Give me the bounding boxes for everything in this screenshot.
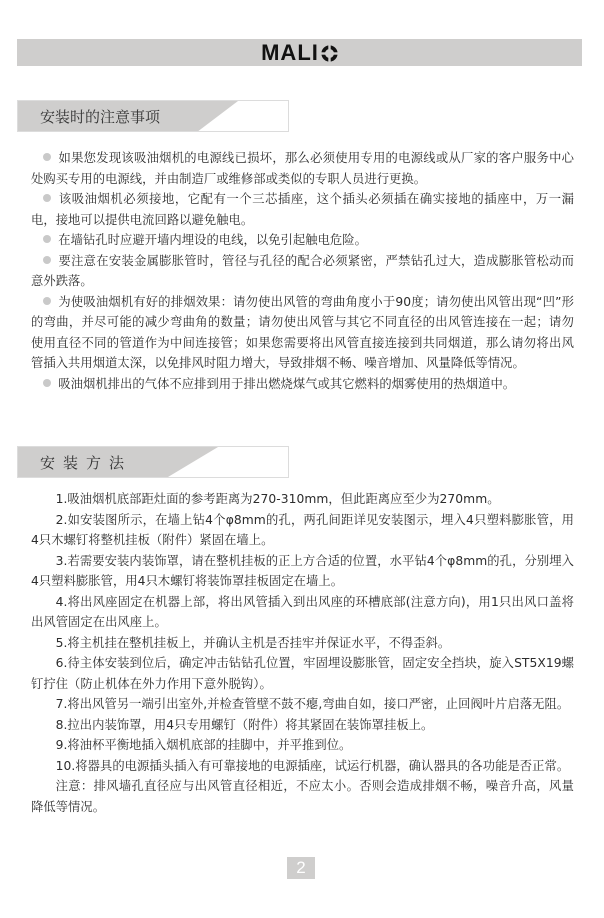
installation-steps: 1.吸油烟机底部距灶面的参考距离为270-310mm，但此距离应至少为270mm… — [31, 489, 574, 817]
install-step: 5.将主机挂在整机挂板上，并确认主机是否挂牢并保证水平，不得歪斜。 — [31, 633, 574, 654]
bullet-icon — [43, 256, 51, 264]
install-step: 4.将出风座固定在机器上部，将出风管插入到出风座的环槽底部(注意方向)，用1只出… — [31, 592, 574, 633]
list-item: 如果您发现该吸油烟机的电源线已损坏，那么必须使用专用的电源线或从厂家的客户服务中… — [31, 148, 574, 189]
install-note: 注意：排风墙孔直径应与出风管直径相近，不应太小。否则会造成排烟不畅，噪音升高，风… — [31, 776, 574, 817]
bullet-icon — [43, 235, 51, 243]
bullet-icon — [43, 153, 51, 161]
bullet-icon — [43, 194, 51, 202]
install-step: 8.拉出内装饰罩，用4只专用螺钉（附件）将其紧固在装饰罩挂板上。 — [31, 715, 574, 736]
install-step: 7.将出风管另一端引出室外,并检查管壁不鼓不瘪,弯曲自如，接口严密，止回阀叶片启… — [31, 694, 574, 715]
bullet-icon — [43, 297, 51, 305]
section-title: 安装时的注意事项 — [40, 101, 160, 131]
install-step: 3.若需要安装内装饰罩，请在整机挂板的正上方合适的位置，水平钻4个φ8mm的孔，… — [31, 551, 574, 592]
section-title: 安装方法 — [40, 447, 132, 477]
install-step: 6.待主体安装到位后，确定冲击钻钻孔位置，牢固埋设膨胀管，固定安全挡块，旋入ST… — [31, 653, 574, 694]
list-item: 为使吸油烟机有好的排烟效果：请勿使出风管的弯曲角度小于90度；请勿使出风管出现“… — [31, 292, 574, 374]
precautions-list: 如果您发现该吸油烟机的电源线已损坏，那么必须使用专用的电源线或从厂家的客户服务中… — [31, 148, 574, 394]
install-step: 2.如安装图所示，在墙上钻4个φ8mm的孔，两孔间距详见安装图示，埋入4只塑料膨… — [31, 510, 574, 551]
install-step: 1.吸油烟机底部距灶面的参考距离为270-310mm，但此距离应至少为270mm… — [31, 489, 574, 510]
section-header-precautions: 安装时的注意事项 — [17, 100, 289, 132]
brand-wordmark: MALI — [261, 42, 319, 64]
target-ring-icon — [321, 44, 338, 61]
bullet-icon — [43, 379, 51, 387]
list-item: 要注意在安装金属膨胀管时，管径与孔径的配合必须紧密，严禁钻孔过大，造成膨胀管松动… — [31, 251, 574, 292]
brand-header-bar: MALI — [17, 39, 582, 66]
list-item: 在墙钻孔时应避开墙内埋设的电线，以免引起触电危险。 — [31, 230, 574, 251]
list-item: 该吸油烟机必须接地，它配有一个三芯插座，这个插头必须插在确实接地的插座中，万一漏… — [31, 189, 574, 230]
page-number: 2 — [287, 857, 315, 879]
section-header-installation: 安装方法 — [17, 446, 289, 478]
brand-logo: MALI — [261, 42, 338, 64]
install-step: 10.将器具的电源插头插入有可靠接地的电源插座，试运行机器，确认器具的各功能是否… — [31, 756, 574, 777]
list-item: 吸油烟机排出的气体不应排到用于排出燃烧煤气或其它燃料的烟雾使用的热烟道中。 — [31, 374, 574, 395]
install-step: 9.将油杯平衡地插入烟机底部的挂脚中，并平推到位。 — [31, 735, 574, 756]
